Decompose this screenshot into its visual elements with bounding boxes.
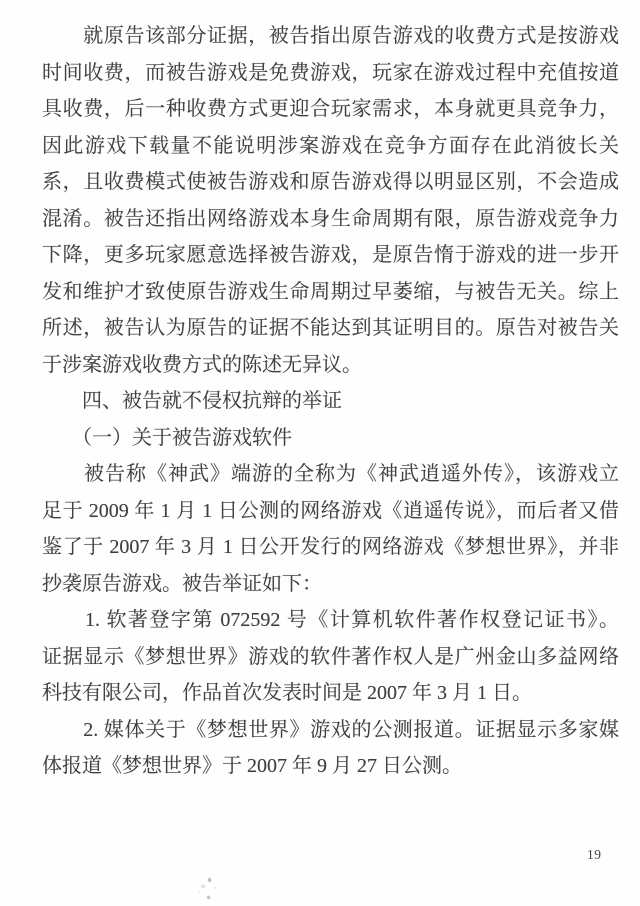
text-line: 科技有限公司，作品首次发表时间是 2007 年 3 月 1 日。 bbox=[42, 675, 619, 712]
text-line: 抄袭原告游戏。被告举证如下： bbox=[42, 566, 619, 603]
subsection-heading: （一）关于被告游戏软件 bbox=[42, 420, 619, 457]
text-line: 2. 媒体关于《梦想世界》游戏的公测报道。证据显示多家媒 bbox=[42, 712, 619, 749]
defendant-claim: 被告称《神武》端游的全称为《神武逍遥外传》，该游戏立足于 2009 年 1 月 … bbox=[42, 456, 619, 602]
text-line: 下降，更多玩家愿意选择被告游戏，是原告惰于游戏的进一步开 bbox=[42, 237, 619, 274]
text-line: 具收费，后一种收费方式更迎合玩家需求，本身就更具竞争力， bbox=[42, 91, 619, 128]
section-heading: 四、被告就不侵权抗辩的举证 bbox=[42, 383, 619, 420]
text-line: 体报道《梦想世界》于 2007 年 9 月 27 日公测。 bbox=[42, 748, 619, 785]
evidence-item-2: 2. 媒体关于《梦想世界》游戏的公测报道。证据显示多家媒体报道《梦想世界》于 2… bbox=[42, 712, 619, 785]
text-line: 足于 2009 年 1 月 1 日公测的网络游戏《逍遥传说》，而后者又借 bbox=[42, 493, 619, 530]
text-line: 1. 软著登字第 072592 号《计算机软件著作权登记证书》。 bbox=[42, 602, 619, 639]
smudge-dot bbox=[208, 878, 211, 882]
text-line: 因此游戏下载量不能说明涉案游戏在竞争方面存在此消彼长关 bbox=[42, 128, 619, 165]
smudge-dot bbox=[198, 891, 200, 893]
text-line: 就原告该部分证据，被告指出原告游戏的收费方式是按游戏 bbox=[42, 18, 619, 55]
text-line: 四、被告就不侵权抗辩的举证 bbox=[42, 383, 619, 420]
smudge-dot bbox=[214, 887, 217, 889]
text-line: 系，且收费模式使被告游戏和原告游戏得以明显区别，不会造成 bbox=[42, 164, 619, 201]
text-line: 时间收费，而被告游戏是免费游戏，玩家在游戏过程中充值按道 bbox=[42, 55, 619, 92]
page-number: 19 bbox=[587, 847, 602, 863]
defendant-evidence-argument: 就原告该部分证据，被告指出原告游戏的收费方式是按游戏时间收费，而被告游戏是免费游… bbox=[42, 18, 619, 383]
text-line: （一）关于被告游戏软件 bbox=[42, 420, 619, 457]
document-body: 就原告该部分证据，被告指出原告游戏的收费方式是按游戏时间收费，而被告游戏是免费游… bbox=[42, 18, 619, 785]
text-line: 鉴了于 2007 年 3 月 1 日公开发行的网络游戏《梦想世界》，并非 bbox=[42, 529, 619, 566]
text-line: 于涉案游戏收费方式的陈述无异议。 bbox=[42, 347, 619, 384]
text-line: 混淆。被告还指出网络游戏本身生命周期有限，原告游戏竞争力 bbox=[42, 201, 619, 238]
smudge-dot bbox=[207, 896, 210, 899]
text-line: 发和维护才致使原告游戏生命周期过早萎缩，与被告无关。综上 bbox=[42, 274, 619, 311]
evidence-item-1: 1. 软著登字第 072592 号《计算机软件著作权登记证书》。证据显示《梦想世… bbox=[42, 602, 619, 712]
text-line: 被告称《神武》端游的全称为《神武逍遥外传》，该游戏立 bbox=[42, 456, 619, 493]
text-line: 所述，被告认为原告的证据不能达到其证明目的。原告对被告关 bbox=[42, 310, 619, 347]
document-page: 就原告该部分证据，被告指出原告游戏的收费方式是按游戏时间收费，而被告游戏是免费游… bbox=[0, 0, 640, 906]
text-line: 证据显示《梦想世界》游戏的软件著作权人是广州金山多益网络 bbox=[42, 639, 619, 676]
smudge-dot bbox=[201, 885, 205, 888]
